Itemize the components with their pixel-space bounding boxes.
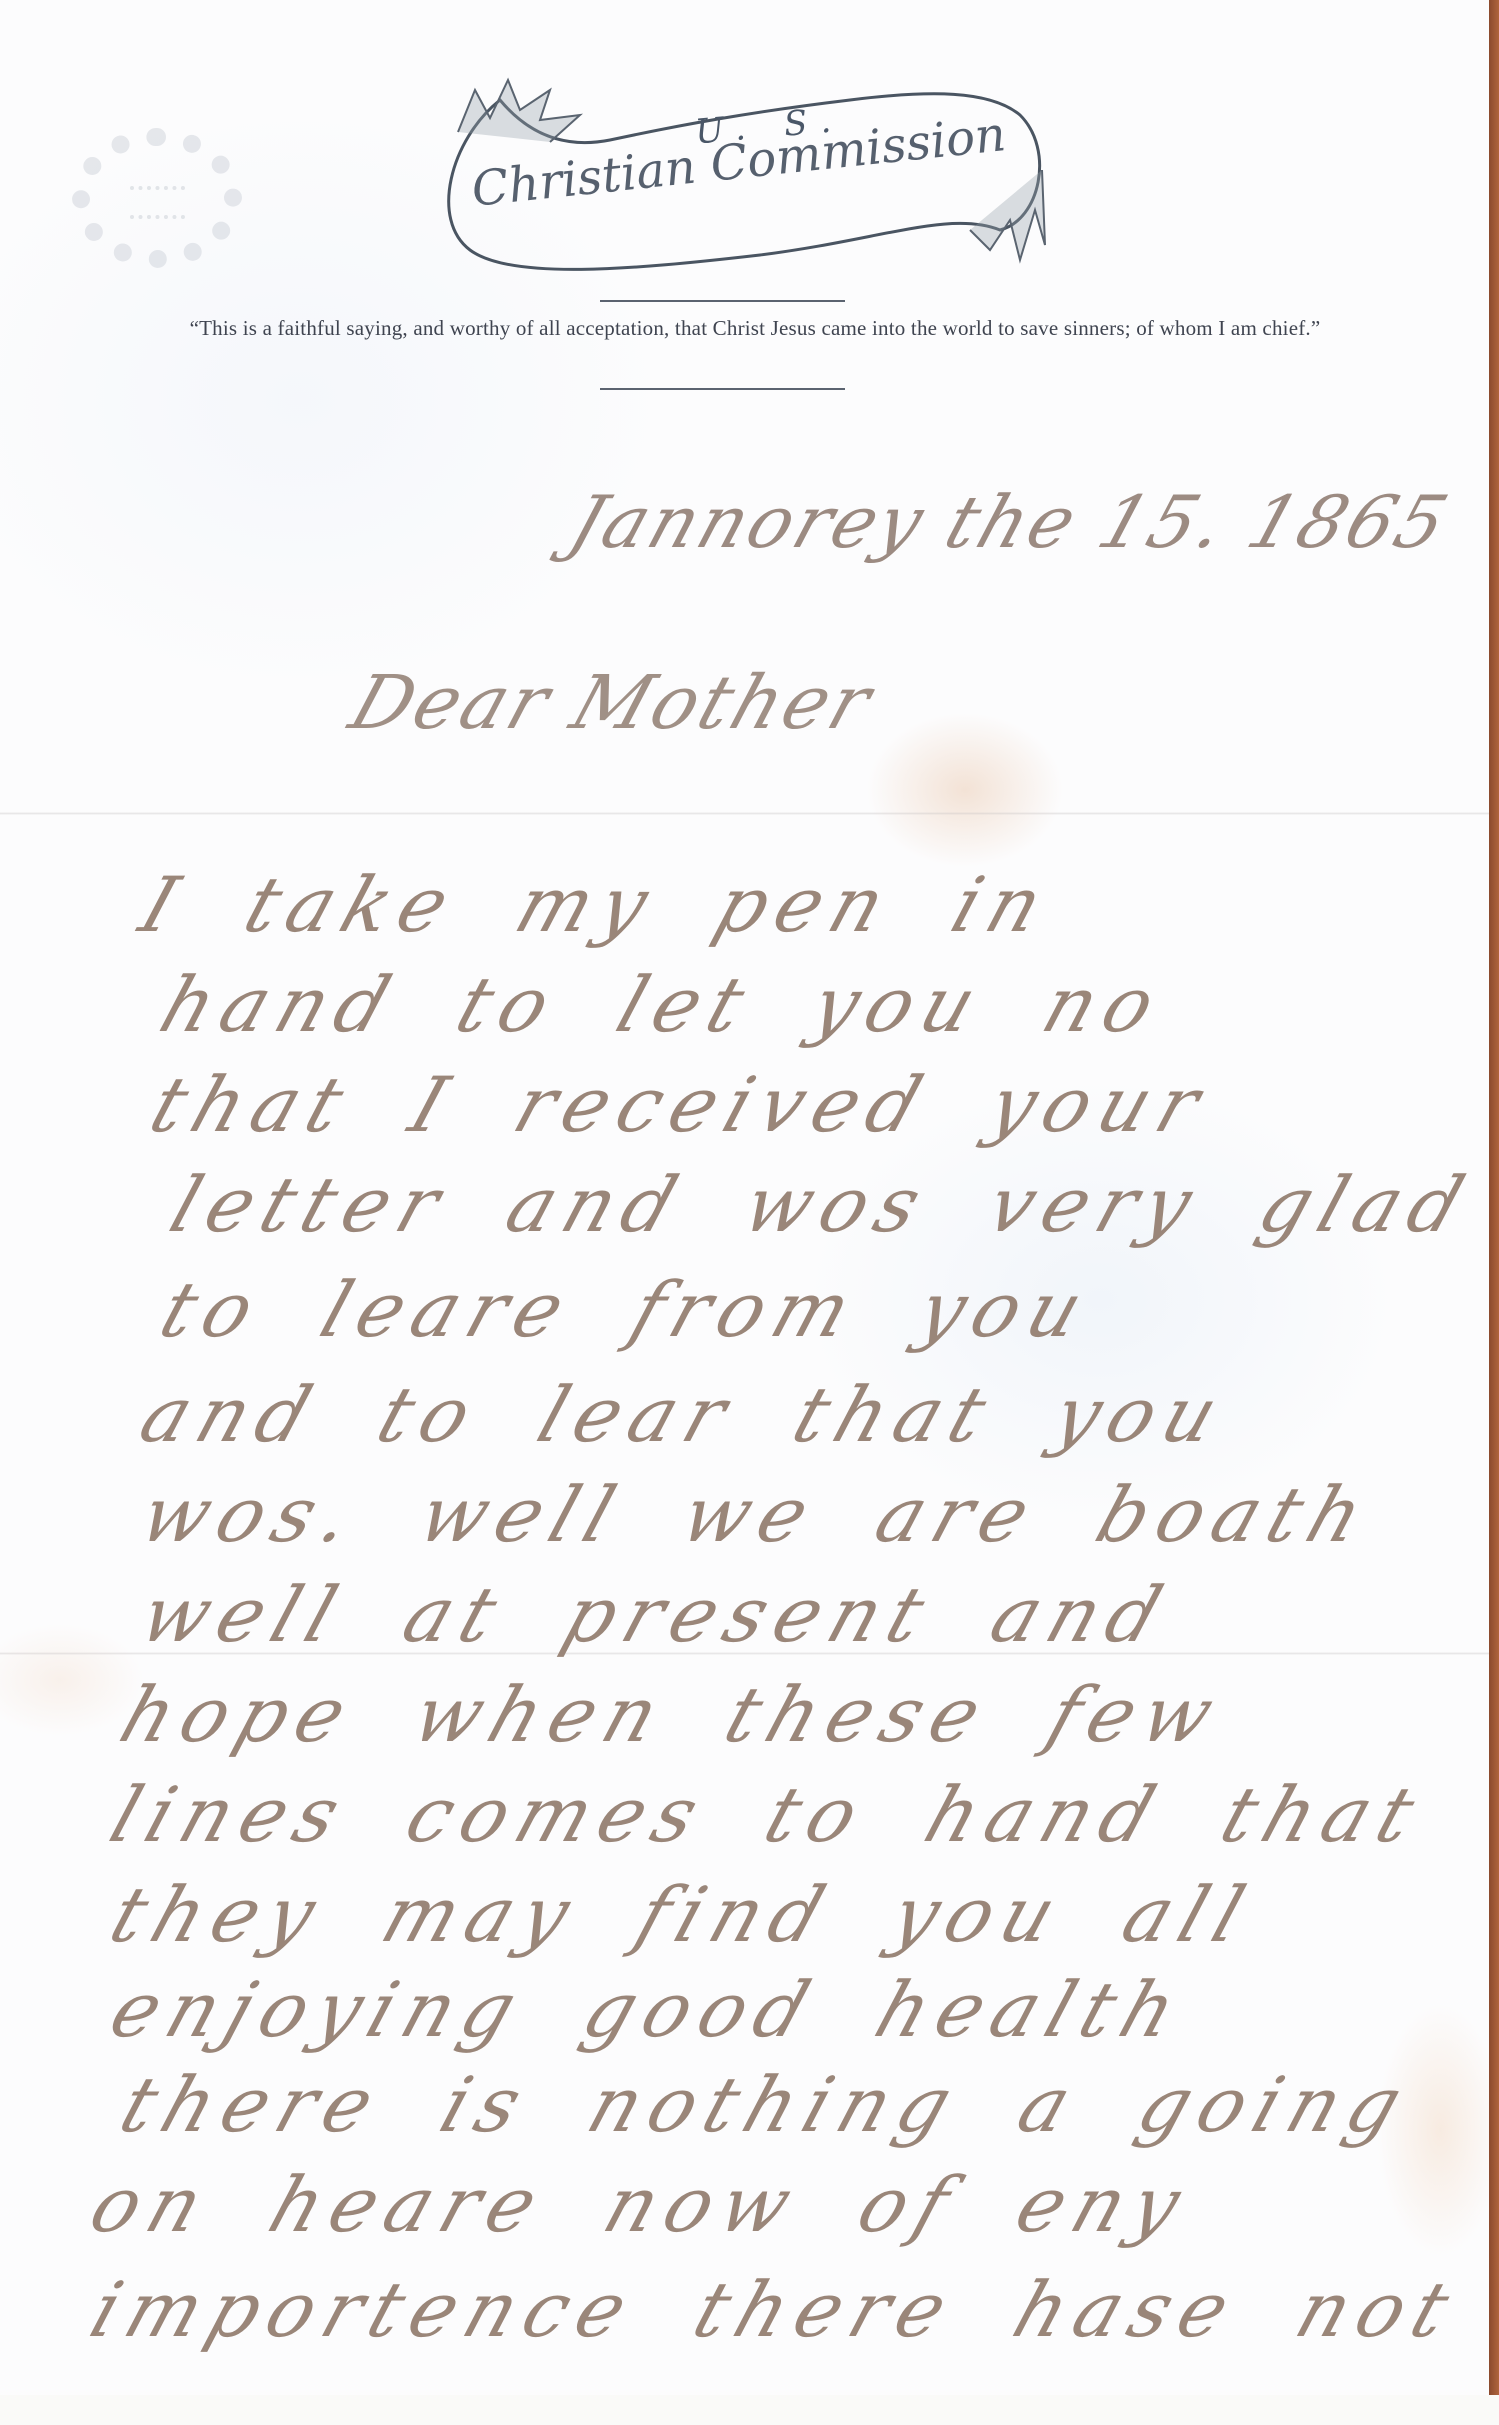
- divider: [600, 388, 845, 390]
- letter-line: they may find you all: [100, 1870, 1265, 1959]
- embossed-seal-icon: [72, 128, 242, 268]
- divider: [600, 300, 845, 302]
- letter-line: enjoying good health: [100, 1965, 1197, 2054]
- paper-bottom-margin: [0, 2395, 1499, 2425]
- letter-line: well at present and: [130, 1570, 1182, 1659]
- letter-line: importence there hase not: [80, 2265, 1470, 2354]
- letterhead-banner: U. S. Christian Commission: [430, 70, 1050, 290]
- letter-line: and to lear that you: [130, 1370, 1239, 1459]
- letter-date: Jannorey the 15. 1865: [560, 480, 1460, 564]
- letter-page: U. S. Christian Commission “This is a fa…: [0, 0, 1489, 2425]
- letter-line: hand to let you no: [150, 960, 1176, 1049]
- letter-line: letter and wos very glad: [160, 1160, 1484, 1249]
- seal-text-impression: [130, 186, 185, 219]
- letter-line: on heare now of eny: [80, 2160, 1201, 2249]
- letter-line: that I received your: [140, 1060, 1220, 1149]
- letter-line: I take my pen in: [130, 860, 1063, 949]
- letterhead-motto: “This is a faithful saying, and worthy o…: [110, 312, 1400, 344]
- letter-line: wos. well we are boath: [130, 1470, 1384, 1559]
- letter-line: there is nothing a going: [110, 2060, 1422, 2149]
- paper-fold-line: [0, 812, 1489, 815]
- letter-salutation: Dear Mother: [340, 660, 884, 746]
- letter-line: lines comes to hand that: [100, 1770, 1435, 1859]
- letter-line: hope when these few: [110, 1670, 1234, 1759]
- paper-edge-border: [1489, 0, 1499, 2395]
- letter-line: to leare from you: [150, 1265, 1104, 1354]
